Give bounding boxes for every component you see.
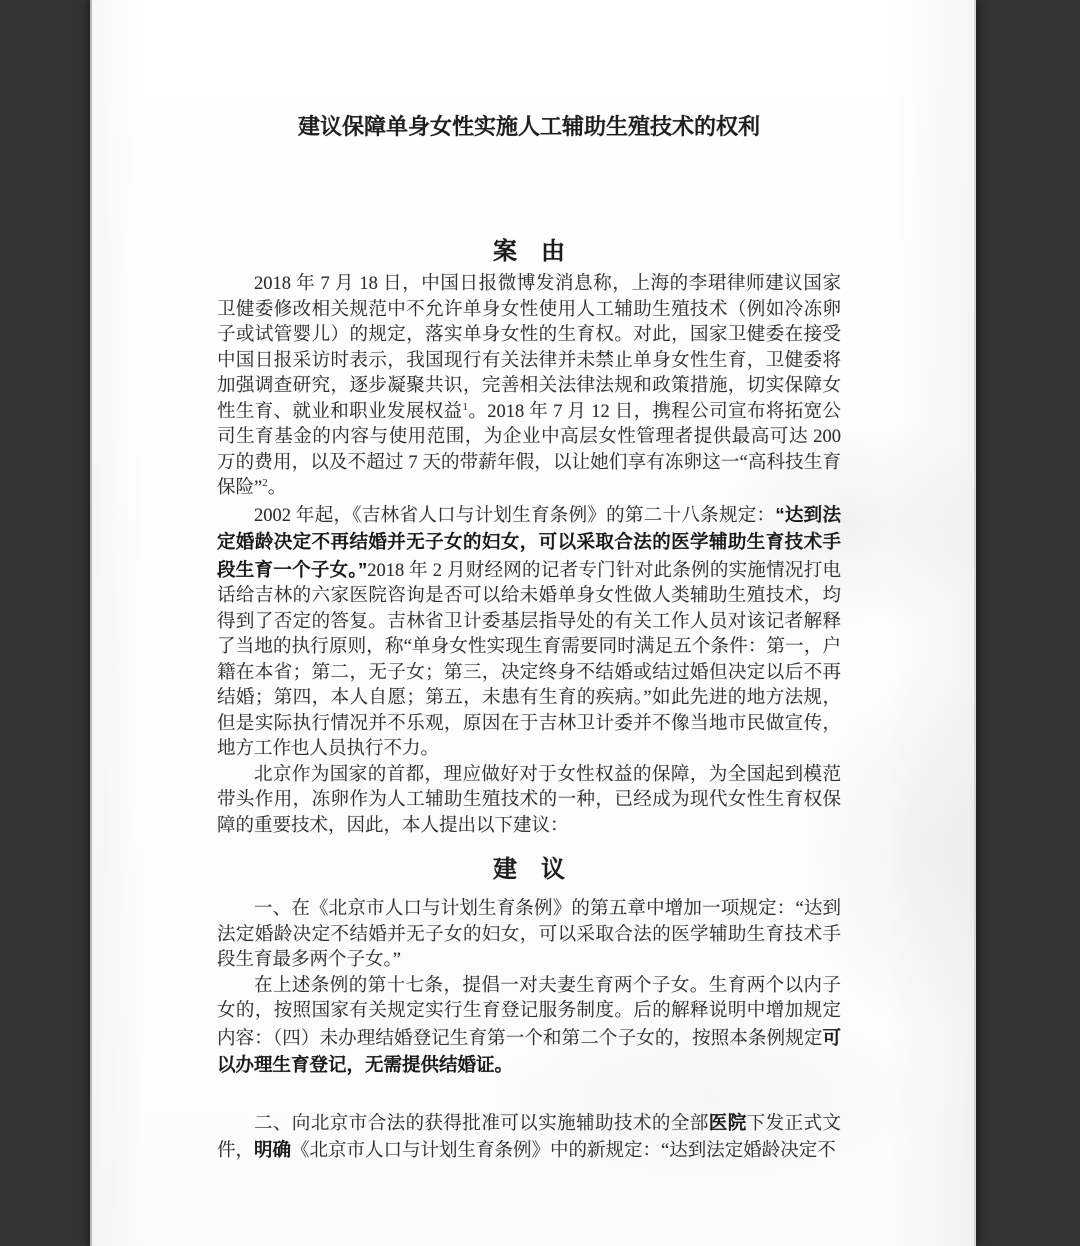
- body-text: 在上述条例的第十七条，提倡一对夫妻生育两个子女。生育两个以内子女的，按照国家有关…: [217, 976, 841, 1049]
- paragraph: 2002 年起，《吉林省人口与计划生育条例》的第二十八条规定：“达到法定婚龄决定…: [217, 502, 841, 763]
- paragraph: 北京作为国家的首都，理应做好对于女性权益的保障，为全国起到模范带头作用，冻卵作为…: [217, 763, 841, 840]
- body-text: 2018 年 7 月 18 日，中国日报微博发消息称，上海的李珺律师建议国家卫健…: [217, 274, 841, 422]
- emphasis-text: 明确: [254, 1139, 291, 1160]
- body-text: 。: [268, 478, 287, 498]
- body-text: 2002 年起，《吉林省人口与计划生育条例》的第二十八条规定：: [254, 506, 775, 526]
- document-body: 案 由2018 年 7 月 18 日，中国日报微博发消息称，上海的李珺律师建议国…: [217, 235, 841, 1165]
- body-text: 2018 年 2 月财经网的记者专门针对此条例的实施情况打电话给吉林的六家医院咨…: [217, 561, 841, 760]
- paragraph: 一、在《北京市人口与计划生育条例》的第五章中增加一项规定：“达到法定婚龄决定不结…: [217, 897, 841, 974]
- section-heading: 建 议: [217, 853, 841, 887]
- paragraph: 二、向北京市合法的获得批准可以实施辅助技术的全部医院下发正式文件，明确《北京市人…: [217, 1110, 841, 1165]
- document-page: 建议保障单身女性实施人工辅助生殖技术的权利 案 由2018 年 7 月 18 日…: [90, 0, 976, 1246]
- body-text: 《北京市人口与计划生育条例》中的新规定：“达到法定婚龄决定不: [291, 1141, 836, 1161]
- page-content: 建议保障单身女性实施人工辅助生殖技术的权利 案 由2018 年 7 月 18 日…: [92, 112, 974, 1165]
- emphasis-text: 医院: [709, 1112, 747, 1133]
- document-title: 建议保障单身女性实施人工辅助生殖技术的权利: [217, 112, 841, 142]
- body-text: 一、在《北京市人口与计划生育条例》的第五章中增加一项规定：“达到法定婚龄决定不结…: [217, 899, 841, 970]
- document-photo: 建议保障单身女性实施人工辅助生殖技术的权利 案 由2018 年 7 月 18 日…: [0, 0, 1080, 1246]
- body-text: 北京作为国家的首都，理应做好对于女性权益的保障，为全国起到模范带头作用，冻卵作为…: [217, 765, 841, 836]
- section-heading: 案 由: [217, 235, 841, 269]
- body-text: 二、向北京市合法的获得批准可以实施辅助技术的全部: [254, 1114, 709, 1134]
- paragraph: 在上述条例的第十七条，提倡一对夫妻生育两个子女。生育两个以内子女的，按照国家有关…: [217, 974, 841, 1080]
- paragraph: 2018 年 7 月 18 日，中国日报微博发消息称，上海的李珺律师建议国家卫健…: [217, 272, 841, 502]
